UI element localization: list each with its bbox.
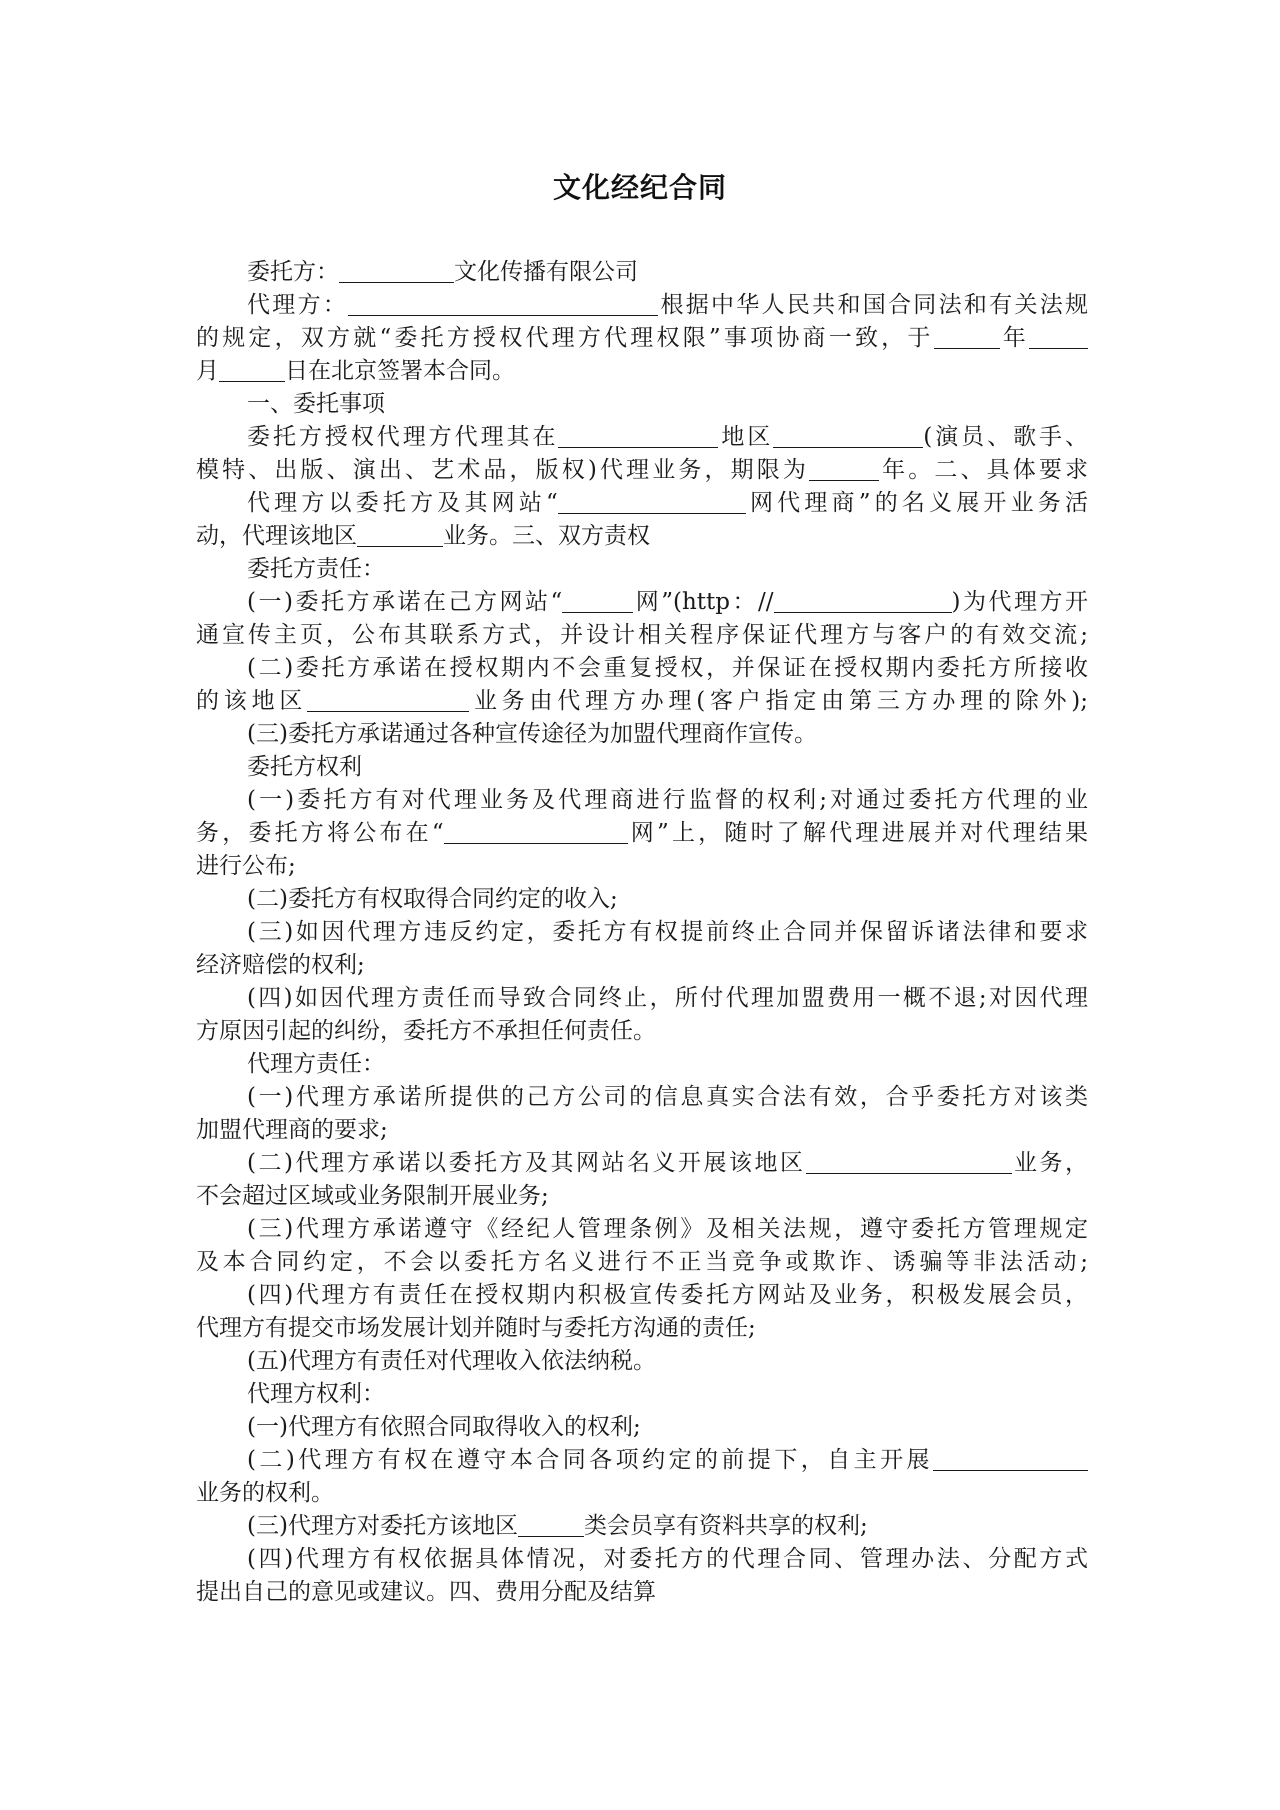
fill-in-blank [518, 1535, 584, 1537]
text-line: 委托方授权代理方代理其在地区(演员、歌手、 [196, 421, 1088, 454]
text-segment: (二)委托方有权取得合同约定的收入; [247, 886, 618, 912]
text-line: (二)委托方承诺在授权期内不会重复授权，并保证在授权期内委托方所接收 [196, 652, 1088, 685]
text-line: (五)代理方有责任对代理收入依法纳税。 [196, 1345, 1088, 1378]
text-line: 加盟代理商的要求; [196, 1114, 1088, 1147]
text-segment: (四)代理方有权依据具体情况，对委托方的代理合同、管理办法、分配方式 [247, 1546, 1088, 1572]
text-line: (一)代理方有依照合同取得收入的权利; [196, 1411, 1088, 1444]
fill-in-blank [809, 479, 879, 481]
text-line: (三)代理方承诺遵守《经纪人管理条例》及相关法规，遵守委托方管理规定 [196, 1213, 1088, 1246]
text-line: 经济赔偿的权利; [196, 949, 1088, 982]
text-segment: (三)委托方承诺通过各种宣传途径为加盟代理商作宣传。 [247, 721, 817, 747]
text-line: (二)委托方有权取得合同约定的收入; [196, 883, 1088, 916]
text-segment: 代理方有提交市场发展计划并随时与委托方沟通的责任; [196, 1315, 756, 1341]
text-segment: 业务由代理方办理(客户指定由第三方办理的除外); [469, 688, 1088, 714]
text-line: 委托方：文化传播有限公司 [196, 256, 1088, 289]
text-line: (四)如因代理方责任而导致合同终止，所付代理加盟费用一概不退;对因代理 [196, 982, 1088, 1015]
text-segment: 务，委托方将公布在“ [196, 820, 444, 846]
document-body: 委托方：文化传播有限公司代理方：根据中华人民共和国合同法和有关法规的规定，双方就… [196, 256, 1088, 1609]
text-segment: 代理方责任： [247, 1051, 385, 1077]
text-segment: 代理方权利： [247, 1381, 385, 1407]
text-segment: (一)代理方有依照合同取得收入的权利; [247, 1414, 641, 1440]
text-segment: 类会员享有资料共享的权利; [584, 1513, 868, 1539]
fill-in-blank [307, 710, 469, 712]
text-line: 代理方以委托方及其网站“网代理商”的名义展开业务活 [196, 487, 1088, 520]
fill-in-blank [558, 446, 718, 448]
text-segment: 年 [1000, 325, 1029, 351]
text-line: 不会超过区域或业务限制开展业务; [196, 1180, 1088, 1213]
text-segment: 网”上，随时了解代理进展并对代理结果 [628, 820, 1088, 846]
text-segment: 网代理商”的名义展开业务活 [746, 490, 1088, 516]
fill-in-blank [339, 281, 454, 283]
text-segment: 方原因引起的纠纷，委托方不承担任何责任。 [196, 1018, 656, 1044]
text-line: 代理方责任： [196, 1048, 1088, 1081]
fill-in-blank [806, 1172, 1012, 1174]
fill-in-blank [774, 611, 952, 613]
fill-in-blank [1029, 347, 1088, 349]
document-title: 文化经纪合同 [0, 168, 1280, 208]
text-segment: (四)如因代理方责任而导致合同终止，所付代理加盟费用一概不退;对因代理 [247, 985, 1088, 1011]
text-segment: (一)委托方承诺在己方网站“ [247, 589, 562, 615]
text-segment: )为代理方开 [952, 589, 1088, 615]
text-segment: 经济赔偿的权利; [196, 952, 365, 978]
text-line: 委托方权利 [196, 751, 1088, 784]
fill-in-blank [357, 545, 443, 547]
fill-in-blank [773, 446, 923, 448]
fill-in-blank [348, 314, 658, 316]
text-segment: 文化传播有限公司 [454, 259, 638, 285]
text-line: (三)如因代理方违反约定，委托方有权提前终止合同并保留诉诸法律和要求 [196, 916, 1088, 949]
text-segment: 网”(http：// [633, 589, 773, 615]
text-segment: (二)代理方有权在遵守本合同各项约定的前提下，自主开展 [247, 1447, 933, 1473]
text-segment: 根据中华人民共和国合同法和有关法规 [658, 292, 1088, 318]
text-segment: (一)委托方有对代理业务及代理商进行监督的权利;对通过委托方代理的业 [247, 787, 1088, 813]
text-line: (二)代理方承诺以委托方及其网站名义开展该地区业务， [196, 1147, 1088, 1180]
text-segment: 通宣传主页，公布其联系方式，并设计相关程序保证代理方与客户的有效交流; [196, 622, 1088, 648]
text-segment: 委托方权利 [247, 754, 362, 780]
text-segment: (三)代理方对委托方该地区 [247, 1513, 518, 1539]
text-segment: 动，代理该地区 [196, 523, 357, 549]
text-line: 代理方有提交市场发展计划并随时与委托方沟通的责任; [196, 1312, 1088, 1345]
text-segment: 模特、出版、演出、艺术品，版权)代理业务，期限为 [196, 457, 809, 483]
text-segment: 月 [196, 358, 219, 384]
text-line: 代理方：根据中华人民共和国合同法和有关法规 [196, 289, 1088, 322]
text-segment: 的规定，双方就“委托方授权代理方代理权限”事项协商一致，于 [196, 325, 934, 351]
text-line: (三)委托方承诺通过各种宣传途径为加盟代理商作宣传。 [196, 718, 1088, 751]
text-line: 动，代理该地区业务。三、双方责权 [196, 520, 1088, 553]
text-line: (三)代理方对委托方该地区类会员享有资料共享的权利; [196, 1510, 1088, 1543]
text-segment: 及本合同约定，不会以委托方名义进行不正当竞争或欺诈、诱骗等非法活动; [196, 1249, 1088, 1275]
text-segment: 代理方以委托方及其网站“ [247, 490, 558, 516]
text-segment: 进行公布; [196, 853, 296, 879]
text-segment: 业务。三、双方责权 [443, 523, 650, 549]
text-line: (一)代理方承诺所提供的己方公司的信息真实合法有效，合乎委托方对该类 [196, 1081, 1088, 1114]
fill-in-blank [558, 512, 746, 514]
text-segment: 提出自己的意见或建议。四、费用分配及结算 [196, 1579, 656, 1605]
text-segment: (四)代理方有责任在授权期内积极宣传委托方网站及业务，积极发展会员， [247, 1282, 1088, 1308]
text-segment: (二)委托方承诺在授权期内不会重复授权，并保证在授权期内委托方所接收 [247, 655, 1088, 681]
text-segment: 年。二、具体要求 [879, 457, 1088, 483]
text-line: 模特、出版、演出、艺术品，版权)代理业务，期限为年。二、具体要求 [196, 454, 1088, 487]
text-line: (一)委托方承诺在己方网站“网”(http：//)为代理方开 [196, 586, 1088, 619]
text-line: 的规定，双方就“委托方授权代理方代理权限”事项协商一致，于年 [196, 322, 1088, 355]
text-line: 代理方权利： [196, 1378, 1088, 1411]
text-line: (二)代理方有权在遵守本合同各项约定的前提下，自主开展 [196, 1444, 1088, 1477]
text-segment: 委托方： [247, 259, 339, 285]
text-segment: 委托方授权代理方代理其在 [247, 424, 558, 450]
fill-in-blank [933, 1469, 1088, 1471]
text-segment: 地区 [718, 424, 773, 450]
text-line: 通宣传主页，公布其联系方式，并设计相关程序保证代理方与客户的有效交流; [196, 619, 1088, 652]
text-segment: 业务的权利。 [196, 1480, 334, 1506]
text-line: 的该地区业务由代理方办理(客户指定由第三方办理的除外); [196, 685, 1088, 718]
fill-in-blank [219, 380, 285, 382]
text-line: 进行公布; [196, 850, 1088, 883]
fill-in-blank [934, 347, 1000, 349]
text-line: 及本合同约定，不会以委托方名义进行不正当竞争或欺诈、诱骗等非法活动; [196, 1246, 1088, 1279]
text-line: 委托方责任： [196, 553, 1088, 586]
text-segment: 的该地区 [196, 688, 307, 714]
text-line: 月日在北京签署本合同。 [196, 355, 1088, 388]
text-segment: 代理方： [247, 292, 348, 318]
text-segment: (三)如因代理方违反约定，委托方有权提前终止合同并保留诉诸法律和要求 [247, 919, 1088, 945]
text-line: 业务的权利。 [196, 1477, 1088, 1510]
text-line: (四)代理方有权依据具体情况，对委托方的代理合同、管理办法、分配方式 [196, 1543, 1088, 1576]
text-segment: (一)代理方承诺所提供的己方公司的信息真实合法有效，合乎委托方对该类 [247, 1084, 1088, 1110]
text-line: (一)委托方有对代理业务及代理商进行监督的权利;对通过委托方代理的业 [196, 784, 1088, 817]
text-segment: 业务， [1012, 1150, 1089, 1176]
text-segment: (演员、歌手、 [923, 424, 1088, 450]
text-segment: 日在北京签署本合同。 [285, 358, 515, 384]
text-line: (四)代理方有责任在授权期内积极宣传委托方网站及业务，积极发展会员， [196, 1279, 1088, 1312]
text-segment: 加盟代理商的要求; [196, 1117, 388, 1143]
text-line: 一、委托事项 [196, 388, 1088, 421]
text-segment: (三)代理方承诺遵守《经纪人管理条例》及相关法规，遵守委托方管理规定 [247, 1216, 1088, 1242]
text-line: 务，委托方将公布在“网”上，随时了解代理进展并对代理结果 [196, 817, 1088, 850]
fill-in-blank [444, 842, 628, 844]
text-segment: (五)代理方有责任对代理收入依法纳税。 [247, 1348, 656, 1374]
text-segment: 一、委托事项 [247, 391, 385, 417]
text-line: 提出自己的意见或建议。四、费用分配及结算 [196, 1576, 1088, 1609]
text-segment: 不会超过区域或业务限制开展业务; [196, 1183, 549, 1209]
fill-in-blank [562, 611, 633, 613]
document-page: 文化经纪合同 委托方：文化传播有限公司代理方：根据中华人民共和国合同法和有关法规… [0, 0, 1280, 1810]
text-segment: 委托方责任： [247, 556, 385, 582]
text-line: 方原因引起的纠纷，委托方不承担任何责任。 [196, 1015, 1088, 1048]
text-segment: (二)代理方承诺以委托方及其网站名义开展该地区 [247, 1150, 806, 1176]
